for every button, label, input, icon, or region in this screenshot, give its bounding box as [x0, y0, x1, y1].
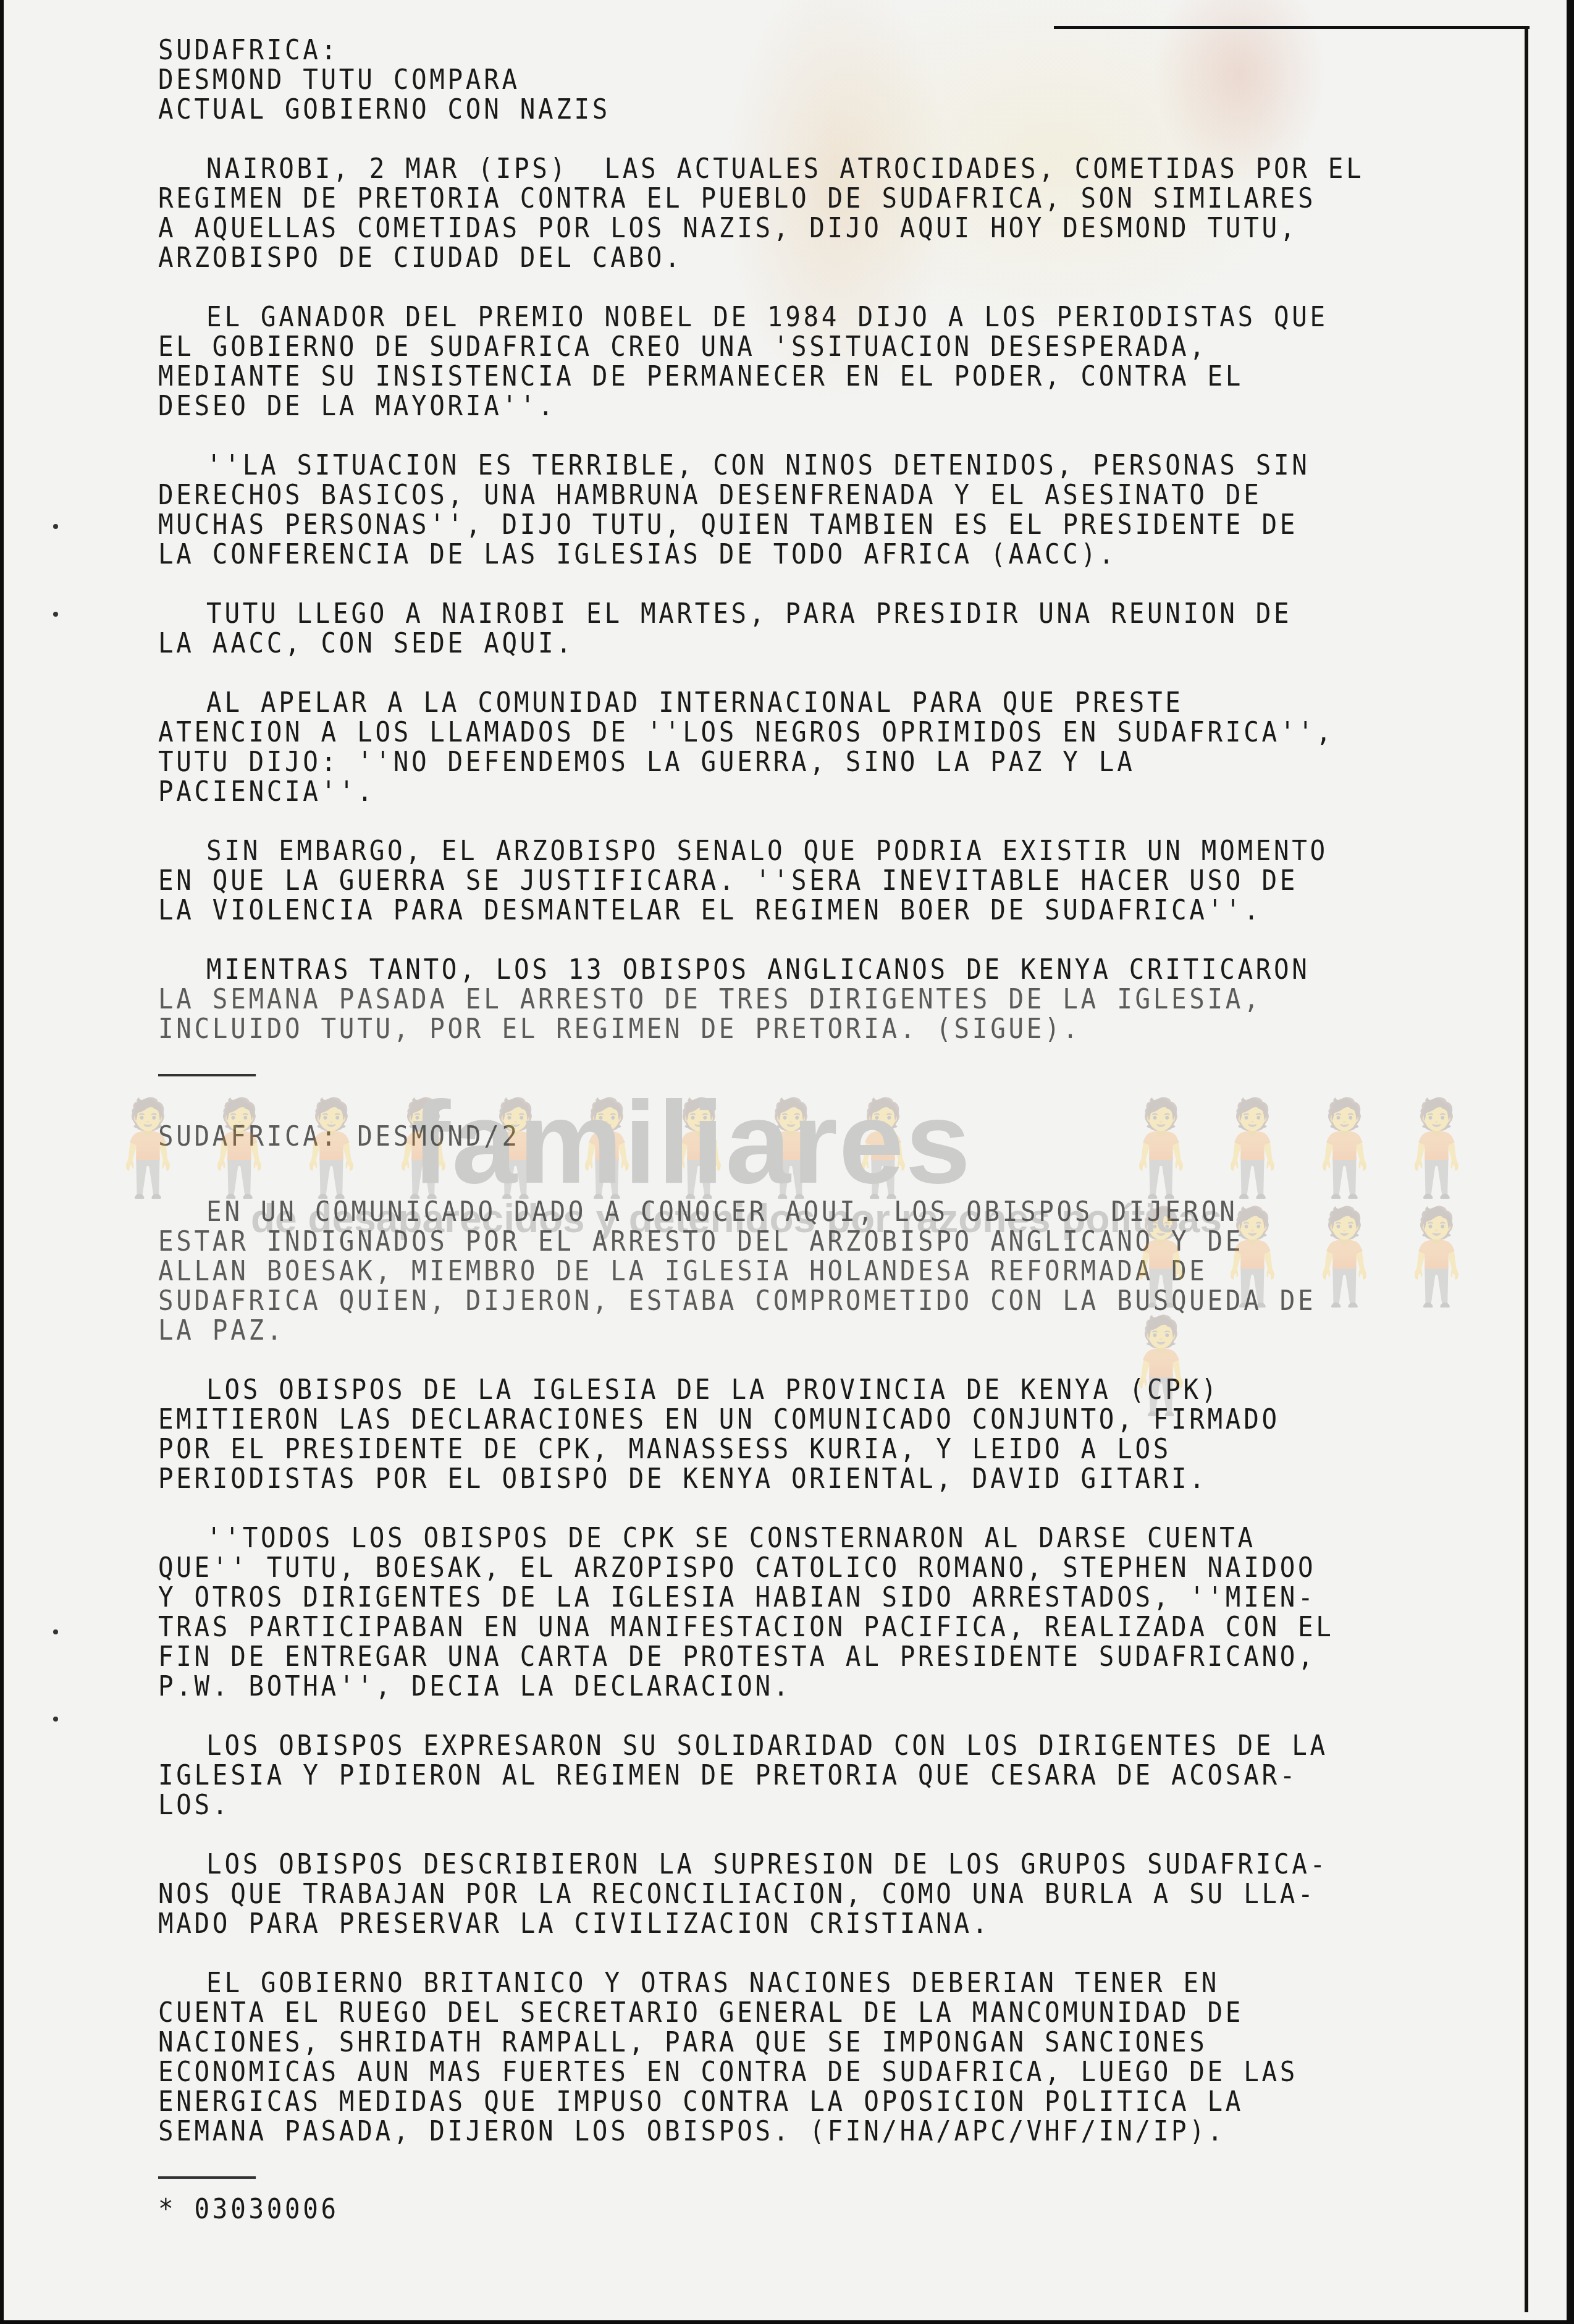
headline-line: SUDAFRICA: [158, 36, 1365, 65]
text-line: LA PAZ. [158, 1316, 1365, 1346]
page-border-top [1054, 26, 1530, 29]
continuation-slug: SUDAFRICA: DESMOND/2 [158, 1122, 1365, 1152]
text-line: ALLAN BOESAK, MIEMBRO DE LA IGLESIA HOLA… [158, 1257, 1365, 1287]
paragraph: EL GANADOR DEL PREMIO NOBEL DE 1984 DIJO… [158, 303, 1365, 421]
text-line: TUTU DIJO: ''NO DEFENDEMOS LA GUERRA, SI… [158, 748, 1365, 777]
paragraph: ''TODOS LOS OBISPOS DE CPK SE CONSTERNAR… [158, 1524, 1365, 1702]
section-divider [158, 1074, 256, 1076]
text-line: CUENTA EL RUEGO DEL SECRETARIO GENERAL D… [158, 1998, 1365, 2028]
text-line: PERIODISTAS POR EL OBISPO DE KENYA ORIEN… [158, 1464, 1365, 1494]
paragraph: NAIROBI, 2 MAR (IPS) LAS ACTUALES ATROCI… [158, 154, 1365, 273]
text-line: EN UN COMUNICADO DADO A CONOCER AQUI, LO… [158, 1198, 1365, 1227]
paragraph: EL GOBIERNO BRITANICO Y OTRAS NACIONES D… [158, 1969, 1365, 2147]
text-line: ''TODOS LOS OBISPOS DE CPK SE CONSTERNAR… [158, 1524, 1365, 1553]
headline-line: ACTUAL GOBIERNO CON NAZIS [158, 95, 1365, 125]
telex-article: SUDAFRICA:DESMOND TUTU COMPARAACTUAL GOB… [158, 36, 1365, 2225]
paragraph: TUTU LLEGO A NAIROBI EL MARTES, PARA PRE… [158, 599, 1365, 659]
text-line: EL GOBIERNO BRITANICO Y OTRAS NACIONES D… [158, 1969, 1365, 1998]
text-line: MIENTRAS TANTO, LOS 13 OBISPOS ANGLICANO… [158, 955, 1365, 985]
text-line: ECONOMICAS AUN MAS FUERTES EN CONTRA DE … [158, 2058, 1365, 2087]
paragraph: SIN EMBARGO, EL ARZOBISPO SENALO QUE POD… [158, 837, 1365, 926]
text-line: A AQUELLAS COMETIDAS POR LOS NAZIS, DIJO… [158, 214, 1365, 243]
paragraph: LOS OBISPOS DE LA IGLESIA DE LA PROVINCI… [158, 1375, 1365, 1494]
text-line: LOS OBISPOS EXPRESARON SU SOLIDARIDAD CO… [158, 1731, 1365, 1761]
text-line: LOS OBISPOS DE LA IGLESIA DE LA PROVINCI… [158, 1375, 1365, 1405]
punch-mark [53, 612, 58, 617]
paragraph: MIENTRAS TANTO, LOS 13 OBISPOS ANGLICANO… [158, 955, 1365, 1044]
scanned-document-page: SUDAFRICA:DESMOND TUTU COMPARAACTUAL GOB… [4, 0, 1567, 2320]
paragraph: AL APELAR A LA COMUNIDAD INTERNACIONAL P… [158, 688, 1365, 807]
text-line: EL GANADOR DEL PREMIO NOBEL DE 1984 DIJO… [158, 303, 1365, 332]
headline-line: DESMOND TUTU COMPARA [158, 65, 1365, 95]
text-line: ESTAR INDIGNADOS POR EL ARRESTO DEL ARZO… [158, 1227, 1365, 1257]
article-headline: SUDAFRICA:DESMOND TUTU COMPARAACTUAL GOB… [158, 36, 1365, 125]
text-line: LA AACC, CON SEDE AQUI. [158, 629, 1365, 659]
text-line: INCLUIDO TUTU, POR EL REGIMEN DE PRETORI… [158, 1015, 1365, 1044]
article-part-1: NAIROBI, 2 MAR (IPS) LAS ACTUALES ATROCI… [158, 154, 1365, 1044]
text-line: MUCHAS PERSONAS'', DIJO TUTU, QUIEN TAMB… [158, 510, 1365, 540]
text-line: POR EL PRESIDENTE DE CPK, MANASSESS KURI… [158, 1435, 1365, 1464]
text-line: ''LA SITUACION ES TERRIBLE, CON NINOS DE… [158, 451, 1365, 481]
text-line: ATENCION A LOS LLAMADOS DE ''LOS NEGROS … [158, 718, 1365, 748]
text-line: ARZOBISPO DE CIUDAD DEL CABO. [158, 243, 1365, 273]
paragraph: LOS OBISPOS EXPRESARON SU SOLIDARIDAD CO… [158, 1731, 1365, 1820]
text-line: LOS. [158, 1791, 1365, 1820]
text-line: MEDIANTE SU INSISTENCIA DE PERMANECER EN… [158, 362, 1365, 392]
text-line: NOS QUE TRABAJAN POR LA RECONCILIACION, … [158, 1880, 1365, 1909]
text-line: LA VIOLENCIA PARA DESMANTELAR EL REGIMEN… [158, 896, 1365, 926]
punch-mark [53, 1717, 58, 1722]
article-part-2: EN UN COMUNICADO DADO A CONOCER AQUI, LO… [158, 1198, 1365, 2147]
page-border-right [1525, 26, 1528, 2312]
text-line: P.W. BOTHA'', DECIA LA DECLARACION. [158, 1672, 1365, 1702]
text-line: LOS OBISPOS DESCRIBIERON LA SUPRESION DE… [158, 1850, 1365, 1880]
paragraph: LOS OBISPOS DESCRIBIERON LA SUPRESION DE… [158, 1850, 1365, 1939]
text-line: IGLESIA Y PIDIERON AL REGIMEN DE PRETORI… [158, 1761, 1365, 1791]
text-line: PACIENCIA''. [158, 777, 1365, 807]
paragraph: ''LA SITUACION ES TERRIBLE, CON NINOS DE… [158, 451, 1365, 570]
text-line: LA SEMANA PASADA EL ARRESTO DE TRES DIRI… [158, 985, 1365, 1015]
text-line: TUTU LLEGO A NAIROBI EL MARTES, PARA PRE… [158, 599, 1365, 629]
text-line: QUE'' TUTU, BOESAK, EL ARZOPISPO CATOLIC… [158, 1553, 1365, 1583]
text-line: LA CONFERENCIA DE LAS IGLESIAS DE TODO A… [158, 540, 1365, 570]
paragraph: EN UN COMUNICADO DADO A CONOCER AQUI, LO… [158, 1198, 1365, 1346]
text-line: EN QUE LA GUERRA SE JUSTIFICARA. ''SERA … [158, 866, 1365, 896]
text-line: ENERGICAS MEDIDAS QUE IMPUSO CONTRA LA O… [158, 2087, 1365, 2117]
section-divider [158, 2176, 256, 2179]
text-line: EL GOBIERNO DE SUDAFRICA CREO UNA 'SSITU… [158, 332, 1365, 362]
text-line: Y OTROS DIRIGENTES DE LA IGLESIA HABIAN … [158, 1583, 1365, 1613]
text-line: AL APELAR A LA COMUNIDAD INTERNACIONAL P… [158, 688, 1365, 718]
text-line: MADO PARA PRESERVAR LA CIVILIZACION CRIS… [158, 1909, 1365, 1939]
text-line: FIN DE ENTREGAR UNA CARTA DE PROTESTA AL… [158, 1642, 1365, 1672]
punch-mark [53, 1629, 58, 1634]
text-line: SIN EMBARGO, EL ARZOBISPO SENALO QUE POD… [158, 837, 1365, 866]
text-line: REGIMEN DE PRETORIA CONTRA EL PUEBLO DE … [158, 184, 1365, 214]
text-line: NACIONES, SHRIDATH RAMPALL, PARA QUE SE … [158, 2028, 1365, 2058]
text-line: DESEO DE LA MAYORIA''. [158, 392, 1365, 421]
text-line: NAIROBI, 2 MAR (IPS) LAS ACTUALES ATROCI… [158, 154, 1365, 184]
text-line: DERECHOS BASICOS, UNA HAMBRUNA DESENFREN… [158, 481, 1365, 510]
text-line: EMITIERON LAS DECLARACIONES EN UN COMUNI… [158, 1405, 1365, 1435]
footer-code: * 03030006 [158, 2195, 1365, 2225]
text-line: SUDAFRICA QUIEN, DIJERON, ESTABA COMPROM… [158, 1287, 1365, 1316]
text-line: SEMANA PASADA, DIJERON LOS OBISPOS. (FIN… [158, 2117, 1365, 2147]
punch-mark [53, 524, 58, 529]
text-line: TRAS PARTICIPABAN EN UNA MANIFESTACION P… [158, 1613, 1365, 1642]
